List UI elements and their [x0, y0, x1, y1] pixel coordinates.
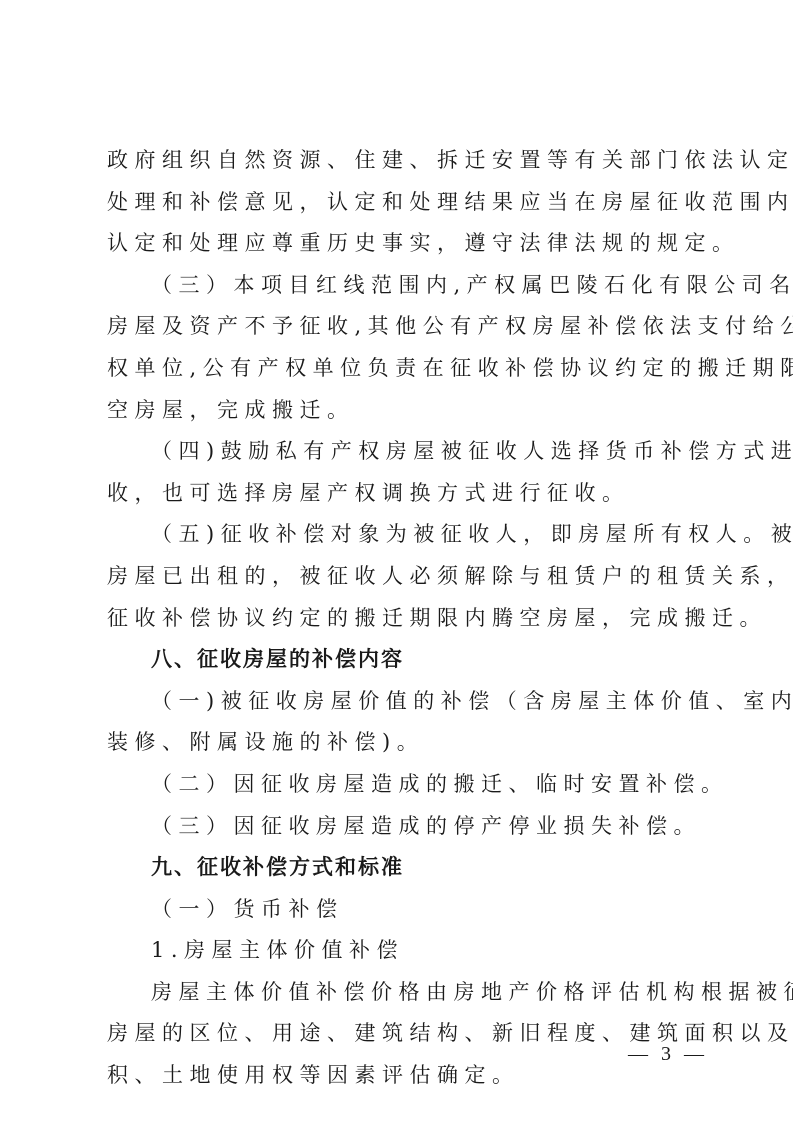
text-line: 积、土地使用权等因素评估确定。	[107, 1055, 695, 1097]
text-line: 房屋已出租的，被征收人必须解除与租赁户的租赁关系，保证在	[107, 556, 695, 598]
text-line: （三）本项目红线范围内,产权属巴陵石化有限公司名下的	[107, 265, 695, 307]
text-line: （一）货币补偿	[107, 889, 695, 931]
text-line: 房屋主体价值补偿价格由房地产价格评估机构根据被征收	[107, 972, 695, 1014]
text-line: 征收补偿协议约定的搬迁期限内腾空房屋，完成搬迁。	[107, 598, 695, 640]
text-line: （三）因征收房屋造成的停产停业损失补偿。	[107, 806, 695, 848]
text-line: 装修、附属设施的补偿)。	[107, 722, 695, 764]
text-line: 处理和补偿意见，认定和处理结果应当在房屋征收范围内公布，	[107, 182, 695, 224]
text-line: 房屋的区位、用途、建筑结构、新旧程度、建筑面积以及占地面	[107, 1013, 695, 1055]
section-heading: 九、征收补偿方式和标准	[107, 847, 695, 889]
text-line: 1.房屋主体价值补偿	[107, 930, 695, 972]
text-line: （二）因征收房屋造成的搬迁、临时安置补偿。	[107, 764, 695, 806]
text-line: 认定和处理应尊重历史事实，遵守法律法规的规定。	[107, 223, 695, 265]
text-line: 收，也可选择房屋产权调换方式进行征收。	[107, 473, 695, 515]
section-heading: 八、征收房屋的补偿内容	[107, 639, 695, 681]
text-line: （一)被征收房屋价值的补偿（含房屋主体价值、室内装饰	[107, 681, 695, 723]
text-line: 空房屋，完成搬迁。	[107, 390, 695, 432]
text-line: 政府组织自然资源、住建、拆迁安置等有关部门依法认定并提出	[107, 140, 695, 182]
text-line: （四)鼓励私有产权房屋被征收人选择货币补偿方式进行征	[107, 431, 695, 473]
text-line: 房屋及资产不予征收,其他公有产权房屋补偿依法支付给公有产	[107, 306, 695, 348]
text-line: 权单位,公有产权单位负责在征收补偿协议约定的搬迁期限内腾	[107, 348, 695, 390]
text-line: （五)征收补偿对象为被征收人，即房屋所有权人。被征收	[107, 514, 695, 556]
page-number: — 3 —	[628, 1043, 708, 1066]
document-body: 政府组织自然资源、住建、拆迁安置等有关部门依法认定并提出处理和补偿意见，认定和处…	[107, 140, 695, 1097]
